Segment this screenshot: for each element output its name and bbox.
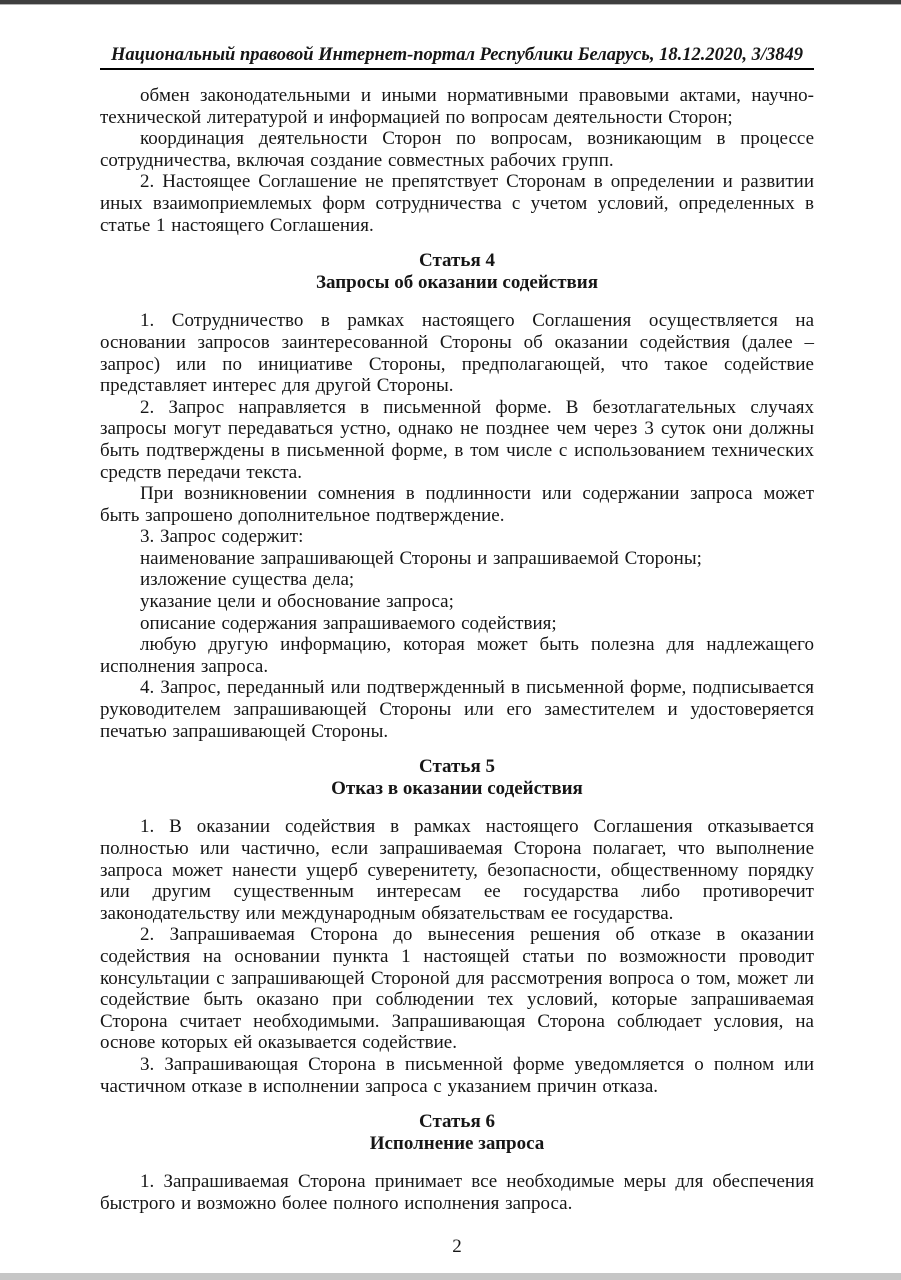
page-number: 2 (100, 1236, 814, 1258)
paragraph: 2. Запрашиваемая Сторона до вынесения ре… (100, 924, 814, 1054)
request-content-item: наименование запрашивающей Стороны и зап… (100, 548, 814, 570)
article-5-subtitle: Отказ в оказании содействия (100, 778, 814, 800)
paragraph: координация деятельности Сторон по вопро… (100, 128, 814, 171)
paragraph: 2. Настоящее Соглашение не препятствует … (100, 171, 814, 236)
paragraph: 2. Запрос направляется в письменной форм… (100, 397, 814, 483)
article-4-title: Статья 4 (100, 250, 814, 272)
article-4-subtitle: Запросы об оказании содействия (100, 272, 814, 294)
request-content-item: изложение существа дела; (100, 569, 814, 591)
paragraph: 3. Запрашивающая Сторона в письменной фо… (100, 1054, 814, 1097)
paragraph: обмен законодательными и иными нормативн… (100, 85, 814, 128)
request-content-item: описание содержания запрашиваемого содей… (100, 613, 814, 635)
request-content-item: указание цели и обоснование запроса; (100, 591, 814, 613)
paragraph: 1. В оказании содействия в рамках настоя… (100, 816, 814, 924)
page-bottom-edge (0, 1273, 901, 1280)
paragraph: 1. Сотрудничество в рамках настоящего Со… (100, 310, 814, 396)
article-5-title: Статья 5 (100, 756, 814, 778)
document-page: Национальный правовой Интернет-портал Ре… (0, 0, 901, 1280)
paragraph: 4. Запрос, переданный или подтвержденный… (100, 677, 814, 742)
article-6-subtitle: Исполнение запроса (100, 1133, 814, 1155)
running-header: Национальный правовой Интернет-портал Ре… (100, 44, 814, 70)
paragraph: 3. Запрос содержит: (100, 526, 814, 548)
request-content-item: любую другую информацию, которая может б… (100, 634, 814, 677)
document-content: Национальный правовой Интернет-портал Ре… (100, 0, 814, 1257)
article-6-title: Статья 6 (100, 1111, 814, 1133)
paragraph: При возникновении сомнения в подлинности… (100, 483, 814, 526)
paragraph: 1. Запрашиваемая Сторона принимает все н… (100, 1171, 814, 1214)
